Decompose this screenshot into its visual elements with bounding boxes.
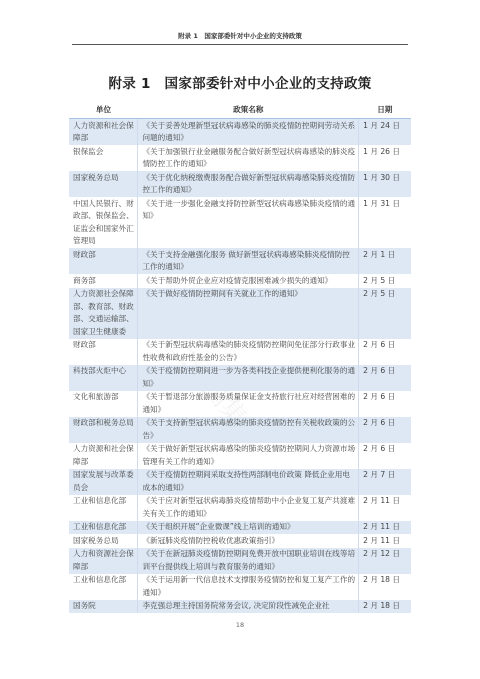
column-header-policy: 政策名称: [138, 103, 359, 119]
policy-cell: 《关于运用新一代信息技术支撑服务疫情防控和复工复产工作的通知》: [138, 574, 359, 600]
table-row: 中国人民银行、财政部、银保监会、证监会和国家外汇管理局 《关于进一步强化金融支持…: [69, 197, 411, 248]
date-cell: 1 月 24 日: [359, 119, 411, 146]
policy-cell: 《关于进一步强化金融支持防控新型冠状病毒感染肺炎疫情的通知》: [138, 197, 359, 248]
table-row: 商务部 《关于帮助外贸企业应对疫情克服困难减少损失的通知》 2 月 5 日: [69, 274, 411, 288]
date-cell: 2 月 5 日: [359, 274, 411, 288]
unit-cell: 工业和信息化部: [69, 574, 138, 600]
table-row: 文化和旅游部 《关于暂退部分旅游服务质量保证金支持旅行社应对经营困难的通知》 2…: [69, 391, 411, 417]
policy-cell: 《关于帮助外贸企业应对疫情克服困难减少损失的通知》: [138, 274, 359, 288]
date-cell: 2 月 7 日: [359, 469, 411, 495]
table-row: 国务院 李克强总理主持国务院常务会议, 决定阶段性减免企业社 2 月 18 日: [69, 600, 411, 614]
date-cell: 2 月 11 日: [359, 534, 411, 548]
date-cell: 2 月 18 日: [359, 574, 411, 600]
table-row: 人力资源和社会保障部 《关于妥善处理新型冠状病毒感染的肺炎疫情防控期间劳动关系问…: [69, 119, 411, 146]
table-row: 人力资源和社会保障部 《关于做好新型冠状病毒感染的肺炎疫情防控期间人力资源市场管…: [69, 443, 411, 469]
table-row: 国家发展与改革委员会 《关于疫情防控期间采取支持性两部制电价政策 降低企业用电成…: [69, 469, 411, 495]
policy-cell: 《关于做好疫情防控期间有关就业工作的通知》: [138, 288, 359, 339]
date-cell: 1 月 30 日: [359, 171, 411, 197]
unit-cell: 人力资源和社会保障部: [69, 443, 138, 469]
unit-cell: 财政部和税务总局: [69, 417, 138, 443]
unit-cell: 商务部: [69, 274, 138, 288]
unit-cell: 人力资源和社会保障部: [69, 119, 138, 146]
table-row: 工业和信息化部 《关于组织开展“企业微课”线上培训的通知》 2 月 11 日: [69, 521, 411, 535]
unit-cell: 文化和旅游部: [69, 391, 138, 417]
table-row: 银保监会 《关于加强银行业金融服务配合做好新型冠状病毒感染的肺炎疫情防控工作的通…: [69, 145, 411, 171]
table-row: 国家税务总局 《关于优化纳税缴费服务配合做好新型冠状病毒感染肺炎疫情防控工作的通…: [69, 171, 411, 197]
policy-cell: 《关于在新冠肺炎疫情防控期间免费开放中国职业培训在线等培训平台提供线上培训与教育…: [138, 548, 359, 574]
table-row: 财政部和税务总局 《关于支持新型冠状病毒感染的肺炎疫情防控有关税收政策的公告》 …: [69, 417, 411, 443]
unit-cell: 中国人民银行、财政部、银保监会、证监会和国家外汇管理局: [69, 197, 138, 248]
table-row: 工业和信息化部 《关于运用新一代信息技术支撑服务疫情防控和复工复产工作的通知》 …: [69, 574, 411, 600]
table-header-row: 单位 政策名称 日期: [69, 103, 411, 119]
unit-cell: 国家税务总局: [69, 534, 138, 548]
policy-cell: 《关于组织开展“企业微课”线上培训的通知》: [138, 521, 359, 535]
date-cell: 2 月 5 日: [359, 288, 411, 339]
unit-cell: 国务院: [69, 600, 138, 614]
unit-cell: 国家税务总局: [69, 171, 138, 197]
running-header: 附录 1 国家部委针对中小企业的支持政策: [72, 31, 408, 40]
page-title: 附录 1 国家部委针对中小企业的支持政策: [0, 72, 480, 92]
table-row: 财政部 《关于新型冠状病毒感染的肺炎疫情防控期间免征部分行政事业性收费和政府性基…: [69, 339, 411, 365]
column-header-unit: 单位: [69, 103, 138, 119]
unit-cell: 工业和信息化部: [69, 495, 138, 521]
unit-cell: 科技部火炬中心: [69, 365, 138, 391]
date-cell: 2 月 6 日: [359, 443, 411, 469]
policy-cell: 《关于支持新型冠状病毒感染的肺炎疫情防控有关税收政策的公告》: [138, 417, 359, 443]
page-number: 18: [0, 621, 480, 629]
policy-cell: 《关于新型冠状病毒感染的肺炎疫情防控期间免征部分行政事业性收费和政府性基金的公告…: [138, 339, 359, 365]
unit-cell: 财政部: [69, 339, 138, 365]
column-header-date: 日期: [359, 103, 411, 119]
policy-cell: 《关于疫情防控期间采取支持性两部制电价政策 降低企业用电成本的通知》: [138, 469, 359, 495]
unit-cell: 人力资源社会保障部、教育部、财政部、交通运输部、国家卫生健康委: [69, 288, 138, 339]
policy-cell: 《关于加强银行业金融服务配合做好新型冠状病毒感染的肺炎疫情防控工作的通知》: [138, 145, 359, 171]
date-cell: 2 月 18 日: [359, 600, 411, 614]
table-row: 人力和资源社会保障部 《关于在新冠肺炎疫情防控期间免费开放中国职业培训在线等培训…: [69, 548, 411, 574]
date-cell: 2 月 6 日: [359, 365, 411, 391]
unit-cell: 银保监会: [69, 145, 138, 171]
date-cell: 2 月 6 日: [359, 391, 411, 417]
policy-cell: 《关于暂退部分旅游服务质量保证金支持旅行社应对经营困难的通知》: [138, 391, 359, 417]
policy-cell: 《新冠肺炎疫情防控税收优惠政策指引》: [138, 534, 359, 548]
table-row: 国家税务总局 《新冠肺炎疫情防控税收优惠政策指引》 2 月 11 日: [69, 534, 411, 548]
date-cell: 2 月 1 日: [359, 248, 411, 274]
table-row: 科技部火炬中心 《关于疫情防控期间进一步为各类科技企业提供便利化服务的通知》 2…: [69, 365, 411, 391]
unit-cell: 人力和资源社会保障部: [69, 548, 138, 574]
policy-table: 单位 政策名称 日期 人力资源和社会保障部 《关于妥善处理新型冠状病毒感染的肺炎…: [69, 103, 411, 613]
date-cell: 1 月 26 日: [359, 145, 411, 171]
policy-cell: 《关于优化纳税缴费服务配合做好新型冠状病毒感染肺炎疫情防控工作的通知》: [138, 171, 359, 197]
policy-cell: 《关于应对新型冠状病毒肺炎疫情帮助中小企业复工复产共渡难关有关工作的通知》: [138, 495, 359, 521]
table-row: 财政部 《关于支持金融强化服务 做好新型冠状病毒感染肺炎疫情防控工作的通知》 2…: [69, 248, 411, 274]
date-cell: 1 月 31 日: [359, 197, 411, 248]
date-cell: 2 月 6 日: [359, 339, 411, 365]
date-cell: 2 月 6 日: [359, 417, 411, 443]
policy-cell: 《关于妥善处理新型冠状病毒感染的肺炎疫情防控期间劳动关系问题的通知》: [138, 119, 359, 146]
policy-cell: 李克强总理主持国务院常务会议, 决定阶段性减免企业社: [138, 600, 359, 614]
policy-cell: 《关于疫情防控期间进一步为各类科技企业提供便利化服务的通知》: [138, 365, 359, 391]
date-cell: 2 月 11 日: [359, 495, 411, 521]
header-rule: [72, 44, 408, 45]
policy-cell: 《关于做好新型冠状病毒感染的肺炎疫情防控期间人力资源市场管理有关工作的通知》: [138, 443, 359, 469]
table-row: 工业和信息化部 《关于应对新型冠状病毒肺炎疫情帮助中小企业复工复产共渡难关有关工…: [69, 495, 411, 521]
unit-cell: 工业和信息化部: [69, 521, 138, 535]
unit-cell: 财政部: [69, 248, 138, 274]
date-cell: 2 月 12 日: [359, 548, 411, 574]
policy-cell: 《关于支持金融强化服务 做好新型冠状病毒感染肺炎疫情防控工作的通知》: [138, 248, 359, 274]
date-cell: 2 月 11 日: [359, 521, 411, 535]
table-row: 人力资源社会保障部、教育部、财政部、交通运输部、国家卫生健康委 《关于做好疫情防…: [69, 288, 411, 339]
unit-cell: 国家发展与改革委员会: [69, 469, 138, 495]
